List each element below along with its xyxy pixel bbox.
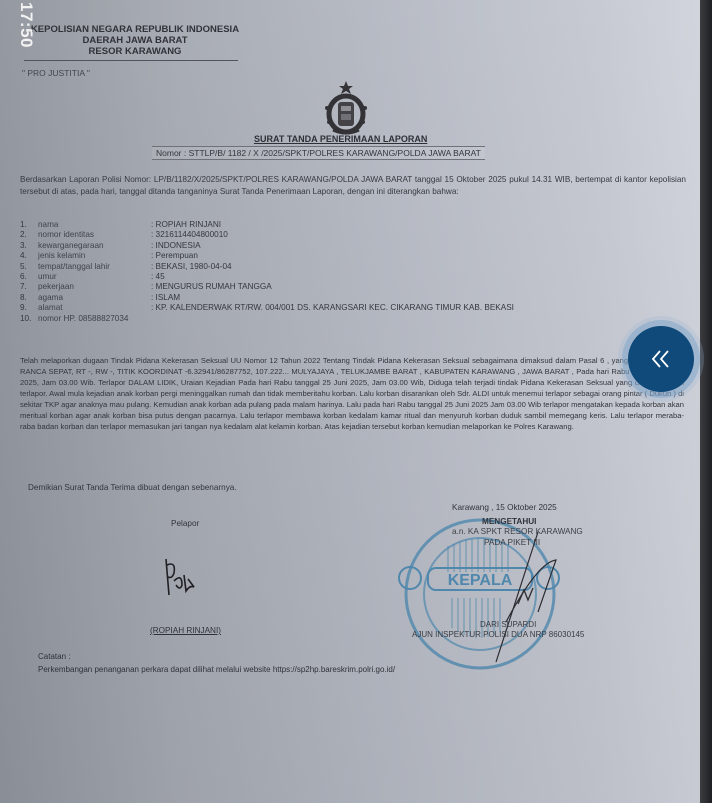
identity-row: 6.umur: 45 [20,272,514,282]
police-emblem-icon [313,80,379,136]
official-subtitle: PADA PIKET III [484,538,540,547]
identity-value: : 3216114404800010 [151,230,228,240]
double-chevron-left-icon [648,346,674,372]
identity-row: 2.nomor identitas: 3216114404800010 [20,230,514,240]
identity-row: 7.pekerjaan: MENGURUS RUMAH TANGGA [20,282,514,292]
identity-number: 8. [20,293,38,303]
identity-value: : Perempuan [151,251,198,261]
photo-edge-background [700,0,712,803]
identity-number: 7. [20,282,38,292]
identity-label: nomor HP. 08588827034 [38,314,128,324]
reporter-label: Pelapor [171,519,199,528]
identity-number: 4. [20,251,38,261]
stamp-text: KEPALA [448,572,513,589]
identity-label: umur [38,272,151,282]
identity-value: : MENGURUS RUMAH TANGGA [151,282,272,292]
place-date: Karawang , 15 Oktober 2025 [452,503,557,512]
identity-label: jenis kelamin [38,251,151,261]
letterhead-divider [24,60,238,61]
identity-number: 3. [20,241,38,251]
identity-row: 5.tempat/tanggal lahir: BEKASI, 1980-04-… [20,262,514,272]
identity-row: 4.jenis kelamin: Perempuan [20,251,514,261]
reporter-name: (ROPIAH RINJANI) [150,626,221,635]
identity-value: : 45 [151,272,165,282]
identity-value: : INDONESIA [151,241,201,251]
note-text: Perkembangan penanganan perkara dapat di… [38,665,395,674]
identity-row: 1.nama: ROPIAH RINJANI [20,220,514,230]
official-rank: AJUN INSPEKTUR POLISI DUA NRP 86030145 [412,630,584,639]
acknowledged-label: MENGETAHUI [482,517,536,526]
identity-number: 1. [20,220,38,230]
pro-justitia-label: " PRO JUSTITIA " [22,68,90,78]
identity-row: 3.kewarganegaraan: INDONESIA [20,241,514,251]
identity-number: 2. [20,230,38,240]
document-title: SURAT TANDA PENERIMAAN LAPORAN [254,134,427,144]
document-number: Nomor : STTLP/B/ 1182 / X /2025/SPKT/POL… [152,146,485,160]
document-photo: KEPOLISIAN NEGARA REPUBLIK INDONESIA DAE… [0,0,700,803]
identity-label: pekerjaan [38,282,151,292]
identity-value: : ROPIAH RINJANI [151,220,221,230]
identity-label: tempat/tanggal lahir [38,262,151,272]
letterhead-line-1: KEPOLISIAN NEGARA REPUBLIK INDONESIA [30,24,240,35]
identity-label: nomor identitas [38,230,151,240]
official-title: a.n. KA SPKT RESOR KARAWANG [452,527,583,536]
status-bar-time: 17:50 [0,2,36,36]
identity-row: 9.alamat: KP. KALENDERWAK RT/RW. 004/001… [20,303,514,313]
letterhead-line-3: RESOR KARAWANG [30,46,240,57]
intro-paragraph: Berdasarkan Laporan Polisi Nomor: LP/B/1… [20,174,686,197]
note-label: Catatan : [38,652,70,661]
reporter-signature-icon [160,555,200,599]
identity-number: 5. [20,262,38,272]
identity-value: : ISLAM [151,293,180,303]
closing-statement: Demikian Surat Tanda Terima dibuat denga… [28,483,237,492]
incident-narrative: Telah melaporkan dugaan Tindak Pidana Ke… [20,355,684,432]
identity-row: 10.nomor HP. 08588827034 [20,314,514,324]
identity-label: kewarganegaraan [38,241,151,251]
identity-number: 10. [20,314,38,324]
identity-label: nama [38,220,151,230]
letterhead: KEPOLISIAN NEGARA REPUBLIK INDONESIA DAE… [30,24,240,57]
identity-number: 6. [20,272,38,282]
collapse-panel-button[interactable] [628,326,694,392]
identity-value: : KP. KALENDERWAK RT/RW. 004/001 DS. KAR… [151,303,514,313]
identity-label: alamat [38,303,151,313]
letterhead-line-2: DAERAH JAWA BARAT [30,35,240,46]
identity-number: 9. [20,303,38,313]
identity-label: agama [38,293,151,303]
identity-value: : BEKASI, 1980-04-04 [151,262,232,272]
reporter-identity-list: 1.nama: ROPIAH RINJANI2.nomor identitas:… [20,220,514,324]
identity-row: 8.agama: ISLAM [20,293,514,303]
official-name: DARI SUPARDI [480,620,536,629]
